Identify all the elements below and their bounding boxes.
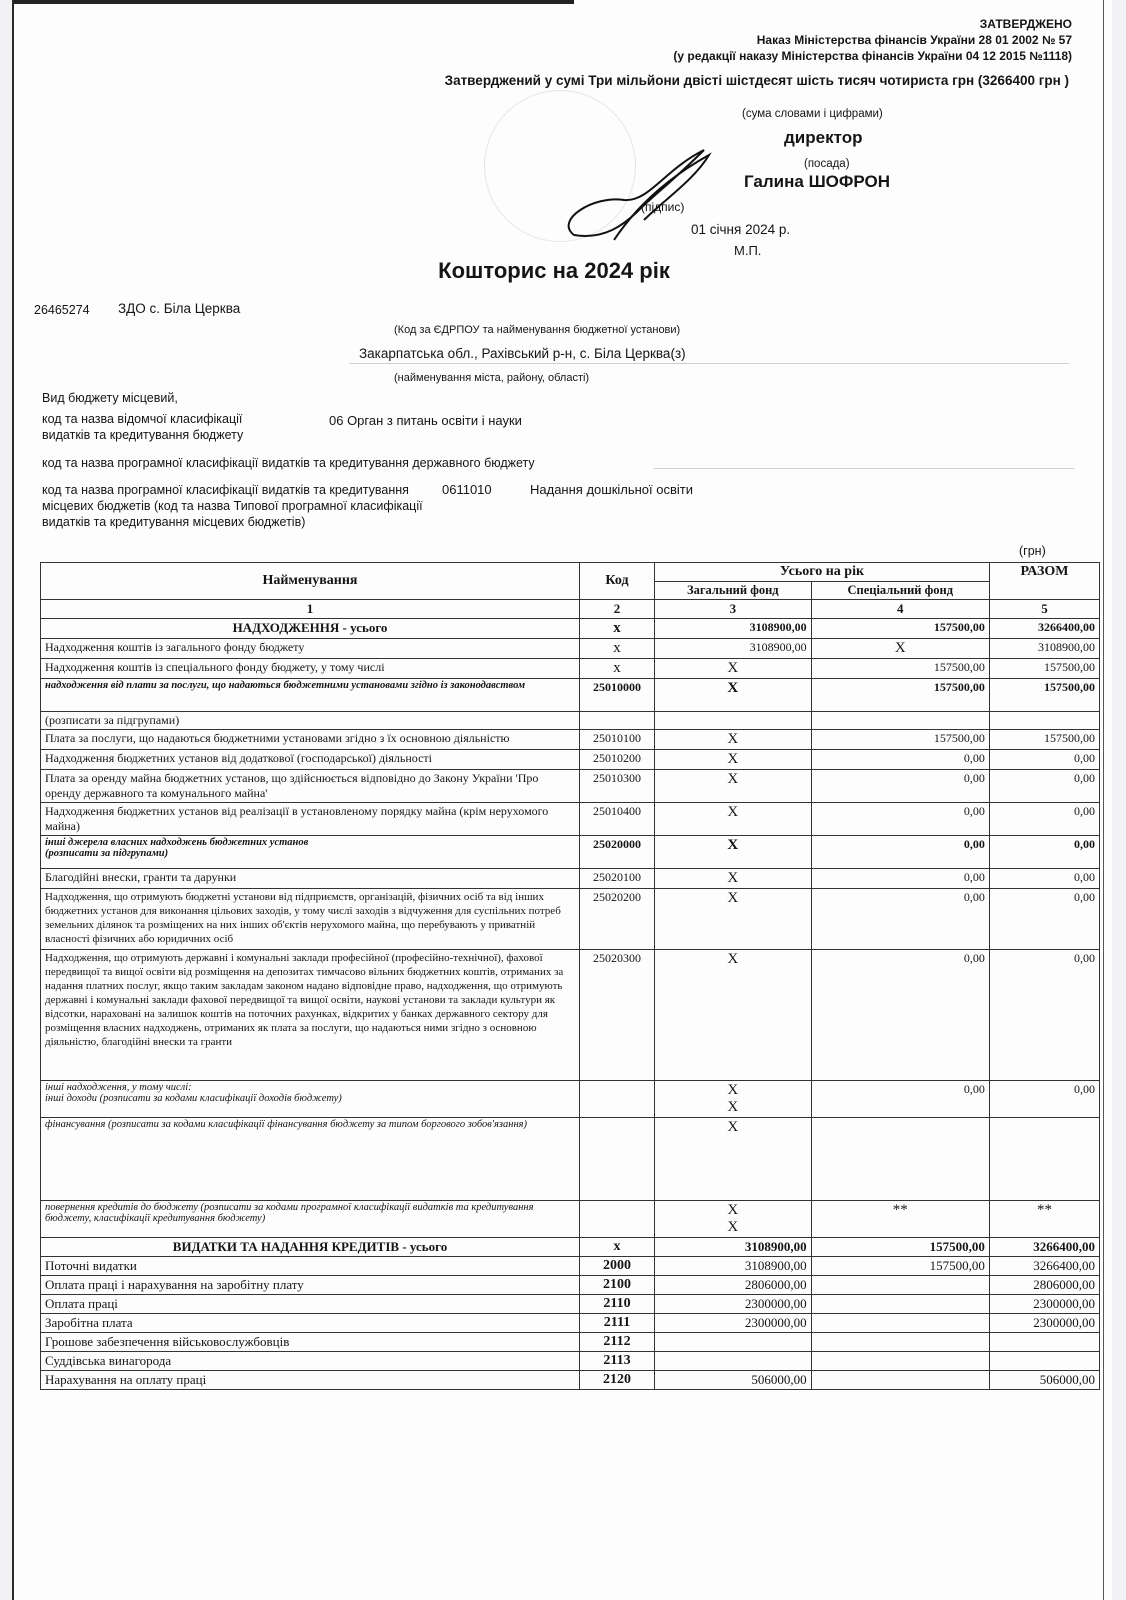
row-total: 0,00 bbox=[989, 1081, 1099, 1118]
expense-row: Заробітна плата21112300000,002300000,00 bbox=[41, 1314, 1100, 1333]
row-name-text: Надходження бюджетних установ від реаліз… bbox=[45, 804, 575, 834]
value: Х bbox=[659, 680, 807, 697]
row-name-text: Плата за оренду майна бюджетних установ,… bbox=[45, 771, 575, 801]
row-general-fund: 3108900,00 bbox=[655, 639, 812, 659]
revenue-row: повернення кредитів до бюджету (розписат… bbox=[41, 1201, 1100, 1238]
revenue-row: фінансування (розписати за кодами класиф… bbox=[41, 1118, 1100, 1201]
row-special-fund: 0,00 bbox=[811, 750, 989, 770]
row-code: 25020100 bbox=[580, 869, 655, 889]
row-general-fund: Х bbox=[655, 869, 812, 889]
row-name-text: Надходження коштів із загального фонду б… bbox=[45, 640, 575, 655]
row-total: 2300000,00 bbox=[989, 1314, 1099, 1333]
value: Х bbox=[659, 1119, 807, 1136]
row-code: 25010200 bbox=[580, 750, 655, 770]
row-name: Поточні видатки bbox=[41, 1257, 580, 1276]
row-name: надходження від плати за послуги, що над… bbox=[41, 679, 580, 712]
row-total: 0,00 bbox=[989, 803, 1099, 836]
revenue-row: Надходження, що отримують бюджетні устан… bbox=[41, 889, 1100, 950]
row-general-fund: Х bbox=[655, 730, 812, 750]
row-total bbox=[989, 1352, 1099, 1371]
row-name: Надходження, що отримують бюджетні устан… bbox=[41, 889, 580, 950]
state-program-label: код та назва програмної класифікації вид… bbox=[42, 455, 535, 471]
revenue-row: інші джерела власних надходжень бюджетни… bbox=[41, 836, 1100, 869]
row-name: Надходження коштів із загального фонду б… bbox=[41, 639, 580, 659]
row-special-fund: 0,00 bbox=[811, 889, 989, 950]
header-code: Код bbox=[580, 563, 655, 600]
row-code: 2110 bbox=[580, 1295, 655, 1314]
row-total: 0,00 bbox=[989, 869, 1099, 889]
revenue-row: Плата за послуги, що надаються бюджетним… bbox=[41, 730, 1100, 750]
row-name: Оплата праці і нарахування на заробітну … bbox=[41, 1276, 580, 1295]
row-total: 506000,00 bbox=[989, 1371, 1099, 1390]
value: Х bbox=[659, 751, 807, 768]
row-name-text: НАДХОДЖЕННЯ - усього bbox=[45, 620, 575, 636]
row-general-fund bbox=[655, 1333, 812, 1352]
row-general-fund: 2300000,00 bbox=[655, 1295, 812, 1314]
row-general-fund: 2300000,00 bbox=[655, 1314, 812, 1333]
value: Х bbox=[659, 731, 807, 748]
row-special-fund: 157500,00 bbox=[811, 619, 989, 639]
value: Х bbox=[659, 1082, 807, 1099]
row-special-fund bbox=[811, 1333, 989, 1352]
row-code bbox=[580, 1201, 655, 1238]
row-code: х bbox=[580, 619, 655, 639]
expense-row: Поточні видатки20003108900,00157500,0032… bbox=[41, 1257, 1100, 1276]
expense-row: Суддівська винагорода2113 bbox=[41, 1352, 1100, 1371]
row-subname-text: (розписати за підгрупами) bbox=[45, 848, 575, 859]
row-code: х bbox=[580, 1238, 655, 1257]
row-general-fund: Х bbox=[655, 950, 812, 1081]
header-special-fund: Спеціальний фонд bbox=[811, 582, 989, 600]
value: Х bbox=[659, 771, 807, 788]
header-general-fund: Загальний фонд bbox=[655, 582, 812, 600]
revenue-row: надходження від плати за послуги, що над… bbox=[41, 679, 1100, 712]
expense-row: Оплата праці21102300000,002300000,00 bbox=[41, 1295, 1100, 1314]
row-total: 3266400,00 bbox=[989, 1238, 1099, 1257]
row-name: Надходження коштів із спеціального фонду… bbox=[41, 659, 580, 679]
row-name: ВИДАТКИ ТА НАДАННЯ КРЕДИТІВ - усього bbox=[41, 1238, 580, 1257]
local-program-code: 0611010 bbox=[442, 482, 492, 497]
approval-date: 01 січня 2024 р. bbox=[691, 222, 790, 237]
row-code bbox=[580, 712, 655, 730]
row-code: х bbox=[580, 659, 655, 679]
row-special-fund: 0,00 bbox=[811, 803, 989, 836]
row-special-fund bbox=[811, 1314, 989, 1333]
row-general-fund: 3108900,00 bbox=[655, 1238, 812, 1257]
row-name: Плата за оренду майна бюджетних установ,… bbox=[41, 770, 580, 803]
row-general-fund: Х bbox=[655, 679, 812, 712]
row-name: Плата за послуги, що надаються бюджетним… bbox=[41, 730, 580, 750]
row-name: Нарахування на оплату праці bbox=[41, 1371, 580, 1390]
row-name-text: повернення кредитів до бюджету (розписат… bbox=[45, 1202, 575, 1224]
row-special-fund bbox=[811, 712, 989, 730]
row-special-fund bbox=[811, 1118, 989, 1201]
row-special-fund: 157500,00 bbox=[811, 1238, 989, 1257]
row-name: Надходження бюджетних установ від реаліз… bbox=[41, 803, 580, 836]
expense-row: Оплата праці і нарахування на заробітну … bbox=[41, 1276, 1100, 1295]
value: 3108900,00 bbox=[659, 620, 807, 635]
row-general-fund: Х bbox=[655, 889, 812, 950]
row-name: Суддівська винагорода bbox=[41, 1352, 580, 1371]
row-special-fund: 0,00 bbox=[811, 950, 989, 1081]
row-total: 157500,00 bbox=[989, 679, 1099, 712]
row-code: 2120 bbox=[580, 1371, 655, 1390]
row-name-text: Надходження коштів із спеціального фонду… bbox=[45, 660, 575, 675]
local-program-name: Надання дошкільної освіти bbox=[530, 482, 693, 497]
value: Х bbox=[659, 870, 807, 887]
row-code: 25020300 bbox=[580, 950, 655, 1081]
row-general-fund bbox=[655, 1352, 812, 1371]
institution-hint: (Код за ЄДРПОУ та найменування бюджетної… bbox=[394, 324, 680, 336]
signatory-name: Галина ШОФРОН bbox=[744, 172, 890, 192]
currency-unit: (грн) bbox=[1019, 544, 1046, 558]
sum-hint: (сума словами і цифрами) bbox=[742, 108, 883, 120]
row-special-fund: 157500,00 bbox=[811, 1257, 989, 1276]
signature-hint: (підпис) bbox=[641, 200, 684, 214]
row-code: 25020000 bbox=[580, 836, 655, 869]
row-general-fund: Х bbox=[655, 770, 812, 803]
position: директор bbox=[784, 128, 862, 148]
row-total bbox=[989, 1118, 1099, 1201]
row-general-fund: ХХ bbox=[655, 1201, 812, 1238]
row-name: (розписати за підгрупами) bbox=[41, 712, 580, 730]
row-name-text: Надходження бюджетних установ від додатк… bbox=[45, 751, 575, 766]
row-special-fund bbox=[811, 1352, 989, 1371]
order-line-2: (у редакції наказу Міністерства фінансів… bbox=[673, 48, 1072, 64]
row-code: 25020200 bbox=[580, 889, 655, 950]
row-special-fund: 0,00 bbox=[811, 836, 989, 869]
row-general-fund: ХХ bbox=[655, 1081, 812, 1118]
approved-label: ЗАТВЕРДЖЕНО bbox=[673, 16, 1072, 32]
row-special-fund: 0,00 bbox=[811, 770, 989, 803]
row-total: 0,00 bbox=[989, 770, 1099, 803]
row-name: повернення кредитів до бюджету (розписат… bbox=[41, 1201, 580, 1238]
row-name-text: Надходження, що отримують бюджетні устан… bbox=[45, 890, 575, 946]
row-code: 2112 bbox=[580, 1333, 655, 1352]
row-general-fund bbox=[655, 712, 812, 730]
row-code: 2100 bbox=[580, 1276, 655, 1295]
header-total-year: Усього на рік bbox=[655, 563, 990, 582]
row-name-text: (розписати за підгрупами) bbox=[45, 713, 575, 728]
local-program-label: код та назва програмної класифікації вид… bbox=[42, 482, 462, 530]
row-total: 3108900,00 bbox=[989, 639, 1099, 659]
row-special-fund: 157500,00 bbox=[811, 659, 989, 679]
dept-classification-label: код та назва відомчої класифікації видат… bbox=[42, 411, 292, 443]
row-code bbox=[580, 1118, 655, 1201]
row-code: 25010400 bbox=[580, 803, 655, 836]
revenue-row: Надходження коштів із спеціального фонду… bbox=[41, 659, 1100, 679]
value: Х bbox=[659, 890, 807, 907]
revenue-row: Плата за оренду майна бюджетних установ,… bbox=[41, 770, 1100, 803]
expense-row: Нарахування на оплату праці2120506000,00… bbox=[41, 1371, 1100, 1390]
revenue-row: НАДХОДЖЕННЯ - усьогох3108900,00157500,00… bbox=[41, 619, 1100, 639]
row-general-fund: Х bbox=[655, 1118, 812, 1201]
row-special-fund: Х bbox=[811, 639, 989, 659]
row-code: 25010300 bbox=[580, 770, 655, 803]
value: Х bbox=[659, 1219, 807, 1236]
row-total: 3266400,00 bbox=[989, 1257, 1099, 1276]
header-total: РАЗОМ bbox=[989, 563, 1099, 600]
row-special-fund bbox=[811, 1371, 989, 1390]
divider bbox=[654, 468, 1074, 469]
row-name-text: Плата за послуги, що надаються бюджетним… bbox=[45, 731, 575, 746]
row-name: Оплата праці bbox=[41, 1295, 580, 1314]
row-total bbox=[989, 712, 1099, 730]
divider bbox=[349, 363, 1069, 364]
budget-type: Вид бюджету місцевий, bbox=[42, 390, 178, 406]
row-name: Надходження, що отримують державні і ком… bbox=[41, 950, 580, 1081]
value: Х bbox=[659, 837, 807, 854]
row-general-fund: 506000,00 bbox=[655, 1371, 812, 1390]
row-general-fund: Х bbox=[655, 750, 812, 770]
row-total: 2300000,00 bbox=[989, 1295, 1099, 1314]
document-page: ЗАТВЕРДЖЕНО Наказ Міністерства фінансів … bbox=[12, 0, 1112, 1600]
revenue-row: Надходження бюджетних установ від додатк… bbox=[41, 750, 1100, 770]
row-total: 3266400,00 bbox=[989, 619, 1099, 639]
row-code: 25010000 bbox=[580, 679, 655, 712]
value: Х bbox=[659, 1099, 807, 1116]
row-total: 0,00 bbox=[989, 889, 1099, 950]
approval-block: ЗАТВЕРДЖЕНО Наказ Міністерства фінансів … bbox=[673, 16, 1072, 64]
row-special-fund bbox=[811, 1276, 989, 1295]
row-general-fund: Х bbox=[655, 659, 812, 679]
value: Х bbox=[659, 1202, 807, 1219]
value: Х bbox=[659, 951, 807, 968]
row-name-text: фінансування (розписати за кодами класиф… bbox=[45, 1119, 575, 1130]
row-name: інші надходження, у тому числі:інші дохо… bbox=[41, 1081, 580, 1118]
row-name-text: надходження від плати за послуги, що над… bbox=[45, 680, 575, 691]
revenue-row: Надходження коштів із загального фонду б… bbox=[41, 639, 1100, 659]
revenue-row: (розписати за підгрупами) bbox=[41, 712, 1100, 730]
expense-row: Грошове забезпечення військовослужбовців… bbox=[41, 1333, 1100, 1352]
row-total: 0,00 bbox=[989, 836, 1099, 869]
location: Закарпатська обл., Рахівський р-н, с. Бі… bbox=[359, 346, 686, 361]
revenue-row: Надходження бюджетних установ від реаліз… bbox=[41, 803, 1100, 836]
row-name: Благодійні внески, гранти та дарунки bbox=[41, 869, 580, 889]
row-name-text: інші надходження, у тому числі: bbox=[45, 1082, 575, 1093]
row-name-text: інші джерела власних надходжень бюджетни… bbox=[45, 837, 575, 848]
location-hint: (найменування міста, району, області) bbox=[394, 372, 589, 384]
value: Х bbox=[659, 804, 807, 821]
scan-edge bbox=[14, 0, 574, 4]
row-subname-text: інші доходи (розписати за кодами класифі… bbox=[45, 1093, 575, 1104]
estimate-table: Найменування Код Усього на рік РАЗОМ Заг… bbox=[40, 562, 1100, 1390]
row-total bbox=[989, 1333, 1099, 1352]
row-total: ** bbox=[989, 1201, 1099, 1238]
row-special-fund bbox=[811, 1295, 989, 1314]
row-special-fund: ** bbox=[811, 1201, 989, 1238]
row-name: Грошове забезпечення військовослужбовців bbox=[41, 1333, 580, 1352]
row-special-fund: 0,00 bbox=[811, 1081, 989, 1118]
institution-name: ЗДО с. Біла Церква bbox=[118, 301, 240, 316]
row-code: 2000 bbox=[580, 1257, 655, 1276]
stamp-place: М.П. bbox=[734, 243, 761, 258]
row-total: 0,00 bbox=[989, 950, 1099, 1081]
row-code: 2111 bbox=[580, 1314, 655, 1333]
row-special-fund: 157500,00 bbox=[811, 679, 989, 712]
row-code: х bbox=[580, 639, 655, 659]
scan-edge-right bbox=[1103, 0, 1104, 1600]
row-code: 2113 bbox=[580, 1352, 655, 1371]
value: 3108900,00 bbox=[659, 640, 807, 655]
row-special-fund: 0,00 bbox=[811, 869, 989, 889]
approved-sum: Затверджений у сумі Три мільйони двісті … bbox=[429, 72, 1069, 90]
row-total: 157500,00 bbox=[989, 730, 1099, 750]
row-name-text: Благодійні внески, гранти та дарунки bbox=[45, 870, 575, 885]
row-general-fund: 2806000,00 bbox=[655, 1276, 812, 1295]
dept-classification-value: 06 Орган з питань освіти і науки bbox=[329, 413, 522, 428]
document-title: Кошторис на 2024 рік bbox=[14, 258, 1094, 284]
value: Х bbox=[659, 660, 807, 677]
row-code: 25010100 bbox=[580, 730, 655, 750]
revenue-row: Благодійні внески, гранти та дарунки2502… bbox=[41, 869, 1100, 889]
revenue-row: інші надходження, у тому числі:інші дохо… bbox=[41, 1081, 1100, 1118]
row-total: 2806000,00 bbox=[989, 1276, 1099, 1295]
revenue-row: Надходження, що отримують державні і ком… bbox=[41, 950, 1100, 1081]
row-general-fund: Х bbox=[655, 836, 812, 869]
column-index-row: 1 2 3 4 5 bbox=[41, 600, 1100, 619]
row-total: 157500,00 bbox=[989, 659, 1099, 679]
row-name: Надходження бюджетних установ від додатк… bbox=[41, 750, 580, 770]
row-name: фінансування (розписати за кодами класиф… bbox=[41, 1118, 580, 1201]
expense-row: ВИДАТКИ ТА НАДАННЯ КРЕДИТІВ - усьогох310… bbox=[41, 1238, 1100, 1257]
position-hint: (посада) bbox=[804, 158, 850, 170]
row-name: Заробітна плата bbox=[41, 1314, 580, 1333]
order-line-1: Наказ Міністерства фінансів України 28 0… bbox=[673, 32, 1072, 48]
row-name: НАДХОДЖЕННЯ - усього bbox=[41, 619, 580, 639]
row-general-fund: Х bbox=[655, 803, 812, 836]
row-name: інші джерела власних надходжень бюджетни… bbox=[41, 836, 580, 869]
edrpou-code: 26465274 bbox=[34, 303, 90, 317]
header-name: Найменування bbox=[41, 563, 580, 600]
row-name-text: Надходження, що отримують державні і ком… bbox=[45, 951, 575, 1049]
row-general-fund: 3108900,00 bbox=[655, 619, 812, 639]
row-general-fund: 3108900,00 bbox=[655, 1257, 812, 1276]
signature-icon bbox=[554, 140, 714, 250]
row-total: 0,00 bbox=[989, 750, 1099, 770]
row-code bbox=[580, 1081, 655, 1118]
row-special-fund: 157500,00 bbox=[811, 730, 989, 750]
